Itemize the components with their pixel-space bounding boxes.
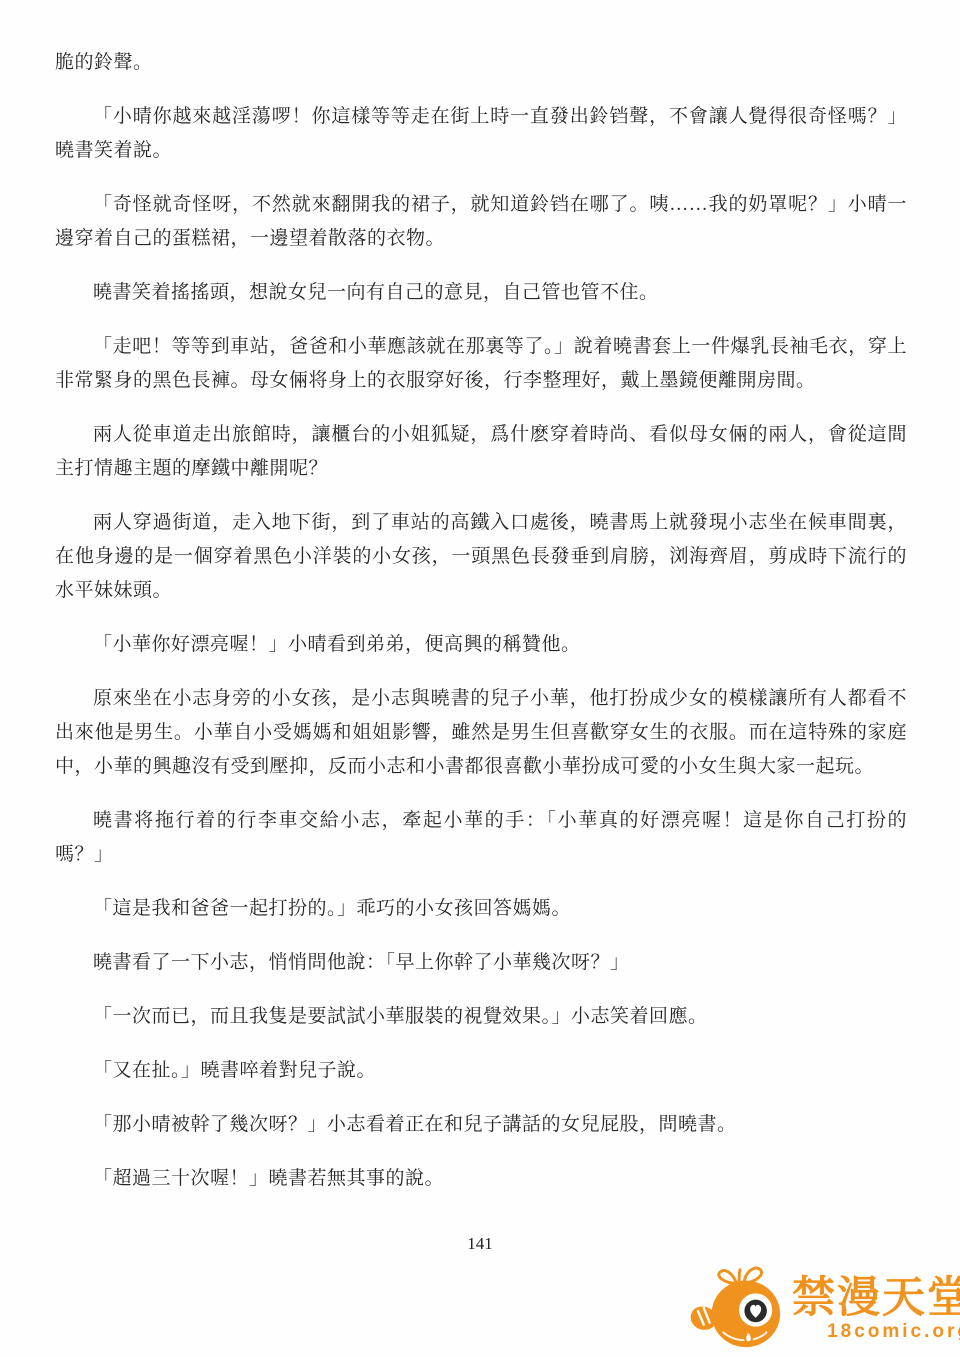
paragraph: 「那小晴被幹了幾次呀？」小志看着正在和兒子講話的女兒屁股，問曉書。 [55, 1108, 907, 1142]
whale-mascot-icon [690, 1262, 788, 1354]
paragraph: 曉書笑着搖搖頭，想說女兒一向有自己的意見，自己管也管不住。 [55, 276, 907, 310]
page-number: 141 [0, 1234, 960, 1254]
document-page: 脆的鈴聲。「小晴你越來越淫蕩啰！你這樣等等走在街上時一直發出鈴铛聲，不會讓人覺得… [0, 0, 960, 1357]
paragraph: 兩人穿過街道，走入地下街，到了車站的高鐵入口處後，曉書馬上就發現小志坐在候車間裏… [55, 506, 907, 608]
paragraph: 脆的鈴聲。 [55, 46, 907, 80]
body-text: 脆的鈴聲。「小晴你越來越淫蕩啰！你這樣等等走在街上時一直發出鈴铛聲，不會讓人覺得… [55, 46, 907, 1216]
paragraph: 曉書将拖行着的行李車交給小志，牽起小華的手：「小華真的好漂亮喔！這是你自己打扮的… [55, 804, 907, 872]
brand-url: 18comic.org [827, 1322, 960, 1342]
brand-texts: 禁漫天堂 18comic.org [792, 1275, 960, 1342]
paragraph: 「超過三十次喔！」曉書若無其事的說。 [55, 1162, 907, 1196]
site-watermark: 禁漫天堂 18comic.org [690, 1262, 960, 1354]
paragraph: 兩人從車道走出旅館時，讓櫃台的小姐狐疑，爲什麽穿着時尚、看似母女倆的兩人，會從這… [55, 418, 907, 486]
paragraph: 原來坐在小志身旁的小女孩，是小志與曉書的兒子小華，他打扮成少女的模樣讓所有人都看… [55, 682, 907, 784]
paragraph: 「又在扯。」曉書啐着對兒子說。 [55, 1054, 907, 1088]
paragraph: 「小晴你越來越淫蕩啰！你這樣等等走在街上時一直發出鈴铛聲，不會讓人覺得很奇怪嗎？… [55, 100, 907, 168]
paragraph: 「小華你好漂亮喔！」小晴看到弟弟，便高興的稱贊他。 [55, 628, 907, 662]
paragraph: 「走吧！等等到車站，爸爸和小華應該就在那裏等了。」說着曉書套上一件爆乳長袖毛衣，… [55, 330, 907, 398]
paragraph: 「這是我和爸爸一起打扮的。」乖巧的小女孩回答媽媽。 [55, 892, 907, 926]
paragraph: 「奇怪就奇怪呀，不然就來翻開我的裙子，就知道鈴铛在哪了。咦……我的奶罩呢？」小晴… [55, 188, 907, 256]
paragraph: 「一次而已，而且我隻是要試試小華服裝的視覺效果。」小志笑着回應。 [55, 1000, 907, 1034]
brand-name: 禁漫天堂 [792, 1275, 960, 1321]
paragraph: 曉書看了一下小志，悄悄問他說：「早上你幹了小華幾次呀？」 [55, 946, 907, 980]
